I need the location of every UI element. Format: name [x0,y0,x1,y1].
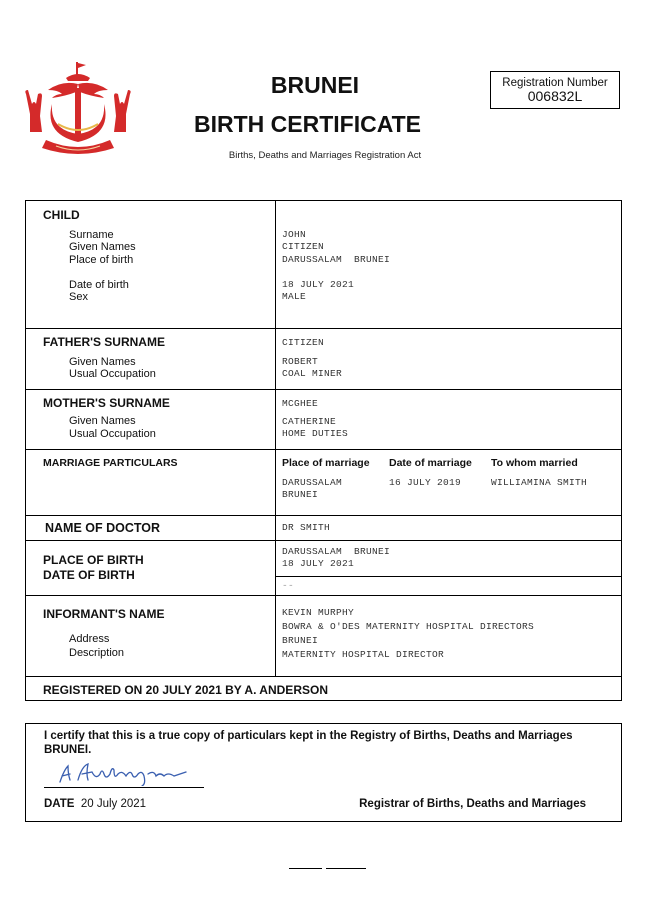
certification-box: I certify that this is a true copy of pa… [25,723,622,822]
row-divider [275,576,622,577]
row-divider [26,328,622,329]
to-whom-married-column-header: To whom married [491,457,578,469]
child-heading: CHILD [43,208,80,222]
brunei-crest-icon [22,60,134,158]
row-divider [26,540,622,541]
informant-address-line2: BRUNEI [282,635,318,648]
act-subtitle: Births, Deaths and Marriages Registratio… [180,150,470,161]
informant-heading: INFORMANT'S NAME [43,607,165,621]
row-divider [26,515,622,516]
child-date-of-birth-label: Date of birth [69,279,129,292]
child-place-of-birth-label: Place of birth [69,254,133,267]
row-divider [26,449,622,450]
marriage-particulars-heading: MARRIAGE PARTICULARS [43,457,178,469]
child-given-names-value: CITIZEN [282,241,324,254]
row-divider [26,676,622,677]
father-surname-heading: FATHER'S SURNAME [43,335,165,349]
date-of-birth-heading: DATE OF BIRTH [43,568,135,582]
informant-address-line1: BOWRA & O'DES MATERNITY HOSPITAL DIRECTO… [282,621,534,634]
doctor-heading: NAME OF DOCTOR [45,521,160,535]
mother-occupation-value: HOME DUTIES [282,428,348,441]
father-occupation-value: COAL MINER [282,368,342,381]
certification-statement: I certify that this is a true copy of pa… [44,729,614,757]
place-of-marriage-column-header: Place of marriage [282,457,370,469]
row-divider [26,389,622,390]
column-divider [275,201,276,677]
mother-given-names-label: Given Names [69,415,136,428]
birth-extra-value: -- [282,580,294,593]
date-of-marriage-value: 16 JULY 2019 [389,477,461,490]
child-surname-label: Surname [69,229,114,242]
footer-line [326,868,366,869]
registrar-title: Registrar of Births, Deaths and Marriage… [359,798,586,810]
child-place-of-birth-value: DARUSSALAM BRUNEI [282,254,390,267]
footer-line [289,868,322,869]
signature-line [44,787,204,788]
child-given-names-label: Given Names [69,241,136,254]
mother-occupation-label: Usual Occupation [69,428,156,441]
date-label: DATE [44,798,74,810]
document-title: BIRTH CERTIFICATE [175,111,440,138]
country-title: BRUNEI [200,72,430,99]
registrar-signature: A. Anderson [56,760,196,786]
date-of-marriage-column-header: Date of marriage [389,457,472,469]
registered-statement: REGISTERED ON 20 JULY 2021 BY A. ANDERSO… [43,683,328,697]
registration-number: 006832L [491,89,619,104]
child-sex-label: Sex [69,291,88,304]
informant-address-label: Address [69,633,109,646]
place-of-marriage-line1: DARUSSALAM [282,477,342,490]
spouse-value: WILLIAMINA SMITH [491,477,587,490]
place-of-marriage-line2: BRUNEI [282,489,318,502]
place-of-birth-heading: PLACE OF BIRTH [43,553,144,567]
mother-surname-heading: MOTHER'S SURNAME [43,396,170,410]
birth-place-value: DARUSSALAM BRUNEI [282,546,390,559]
row-divider [26,595,622,596]
informant-name-value: KEVIN MURPHY [282,607,354,620]
birth-date-value: 18 JULY 2021 [282,558,354,571]
registration-number-box: Registration Number 006832L [490,71,620,109]
date-value: 20 July 2021 [81,798,146,810]
child-date-of-birth-value: 18 JULY 2021 [282,279,354,292]
informant-description-value: MATERNITY HOSPITAL DIRECTOR [282,649,444,662]
mother-surname-value: MCGHEE [282,398,318,411]
father-surname-value: CITIZEN [282,337,324,350]
father-occupation-label: Usual Occupation [69,368,156,381]
certificate-particulars-table: CHILD Surname Given Names Place of birth… [25,200,622,701]
informant-description-label: Description [69,647,124,660]
certification-date: DATE 20 July 2021 [44,798,146,810]
doctor-value: DR SMITH [282,522,330,535]
father-given-names-label: Given Names [69,356,136,369]
child-surname-value: JOHN [282,229,306,242]
father-given-names-value: ROBERT [282,356,318,369]
mother-given-names-value: CATHERINE [282,416,336,429]
child-sex-value: MALE [282,291,306,304]
